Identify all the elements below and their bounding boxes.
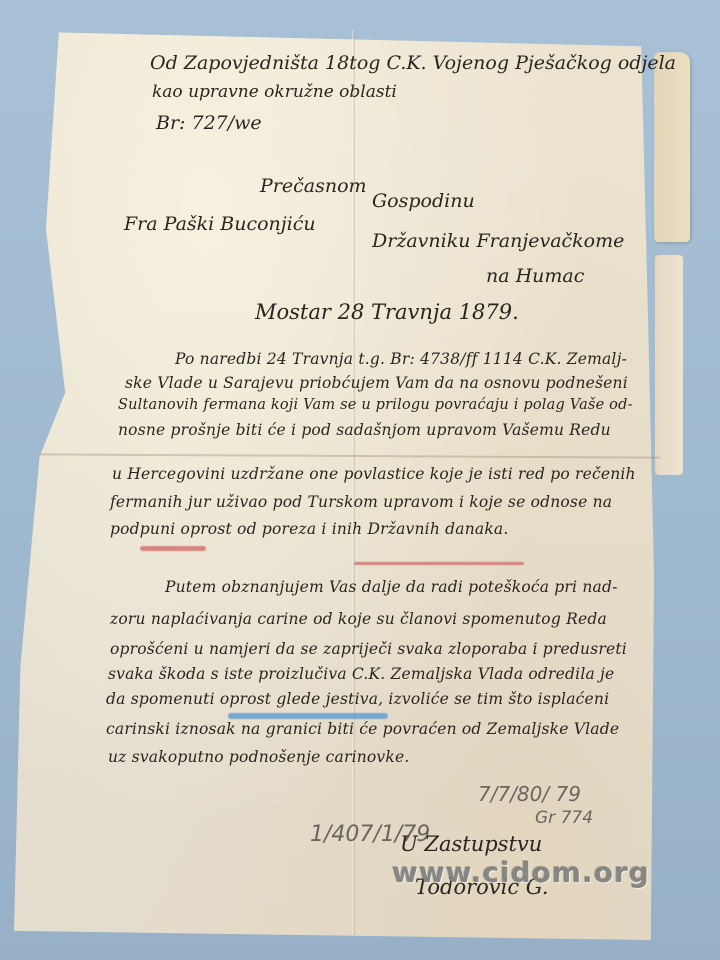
- blue-pencil-underline: [228, 713, 388, 719]
- torn-paper-flap: [654, 52, 690, 242]
- pencil-archive-note: Gr 774: [535, 808, 593, 828]
- paragraph1-line: u Hercegovini uzdržane one povlastice ko…: [112, 465, 636, 483]
- header-line-1: Od Zapovjedništa 18tog C.K. Vojenog Pješ…: [150, 52, 676, 74]
- paragraph2-line: uz svakoputno podnošenje carinovke.: [108, 748, 410, 766]
- addressee-role: Državniku Franjevačkome: [372, 230, 624, 252]
- header-number: Br: 727/we: [156, 112, 262, 134]
- paragraph2-line: zoru naplaćivanja carine od koje su član…: [110, 610, 607, 628]
- paragraph2-line: carinski iznosak na granici biti će povr…: [106, 720, 619, 738]
- paragraph1-line: Po naredbi 24 Travnja t.g. Br: 4738/ff 1…: [175, 350, 627, 368]
- red-pencil-underline: [354, 562, 524, 565]
- paragraph1-line: ske Vlade u Sarajevu priobćujem Vam da n…: [125, 374, 628, 392]
- addressee-place: na Humac: [486, 265, 584, 287]
- pencil-archive-note: 7/7/80/ 79: [478, 782, 581, 806]
- addressee-title: Gospodinu: [372, 190, 475, 212]
- document-date: Mostar 28 Travnja 1879.: [255, 300, 519, 324]
- watermark-url: www.cidom.org: [392, 856, 650, 889]
- signature-line: U Zastupstvu: [400, 832, 542, 856]
- torn-paper-flap-lower: [655, 255, 683, 475]
- addressee-name: Fra Paški Buconjiću: [124, 213, 316, 235]
- paragraph1-line: nosne prošnje biti će i pod sadašnjom up…: [118, 421, 611, 439]
- paragraph2-line: da spomenuti oprost glede jestiva, izvol…: [106, 690, 609, 708]
- header-line-2: kao upravne okružne oblasti: [152, 82, 397, 102]
- paragraph2-line: oprošćeni u namjeri da se zapriječi svak…: [110, 640, 627, 658]
- red-pencil-underline: [140, 546, 206, 551]
- paragraph1-line: podpuni oprost od poreza i inih Državnih…: [110, 520, 509, 538]
- paragraph1-line: fermanih jur uživao pod Turskom upravom …: [110, 493, 612, 511]
- paragraph2-line: svaka škoda s iste proizlučiva C.K. Zema…: [108, 665, 614, 683]
- addressee-honorific: Prečasnom: [260, 175, 367, 197]
- paragraph1-line: Sultanovih fermana koji Vam se u prilogu…: [118, 397, 633, 413]
- paragraph2-line: Putem obznanjujem Vas dalje da radi pote…: [165, 578, 618, 596]
